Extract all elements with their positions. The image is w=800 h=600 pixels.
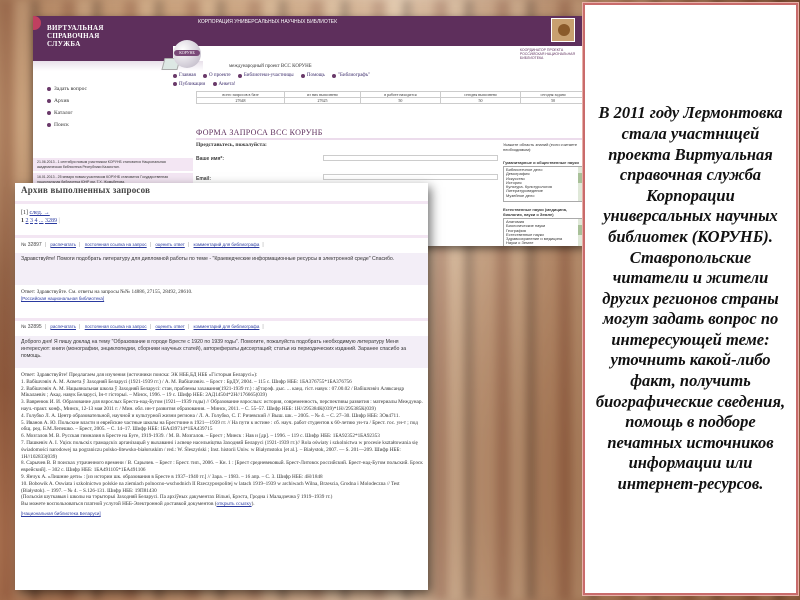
sidebar-menu: Задать вопрос Архив Каталог Поиск xyxy=(47,86,87,134)
delivery-line: Вы можете воспользоваться платной услуго… xyxy=(21,501,423,508)
form-intro: Представьтесь, пожалуйста: xyxy=(196,142,267,148)
rnl-emblem-icon[interactable] xyxy=(551,18,575,42)
sidebar-item-label: Поиск xyxy=(54,122,69,128)
answer-line: 2. Вабішчэвіч А. М. Нацыянальная школа ў… xyxy=(21,386,423,400)
bullet-icon xyxy=(47,123,51,127)
sidebar-item-search[interactable]: Поиск xyxy=(47,122,87,128)
bullet-icon xyxy=(47,99,51,103)
print-link[interactable]: распечатать xyxy=(50,242,76,247)
nav-survey[interactable]: Анкета! xyxy=(213,81,236,88)
pager-current: [1] xyxy=(21,210,28,216)
divider xyxy=(15,201,428,204)
permalink-link[interactable]: постоянная ссылка на запрос xyxy=(85,242,147,247)
logo-text: ВИРТУАЛЬНАЯ СПРАВОЧНАЯ СЛУЖБА xyxy=(47,24,104,48)
nav-publications[interactable]: Публикации xyxy=(173,81,205,88)
top-nav: Главная О проекте Библиотеки-участницы П… xyxy=(173,72,573,89)
sidebar-item-label: Задать вопрос xyxy=(54,86,87,92)
stats-value: 50 xyxy=(521,98,583,104)
request-number: № 32897 xyxy=(21,242,42,248)
request-answer: Ответ: Здравствуйте! Предлагаем для изуч… xyxy=(21,372,423,518)
answer-line: 5. Иванов А. Ю. Польские власти и еврейс… xyxy=(21,420,423,434)
request-question: Доброго дня! Я пишу доклад на тему "Обра… xyxy=(15,336,428,368)
humanities-listbox[interactable]: Библиотечное дело Демография Искусство И… xyxy=(503,166,583,202)
page-current: 1 xyxy=(21,218,24,224)
listbox-scrollbar[interactable] xyxy=(578,219,582,246)
caption-text: В 2011 году Лермонтовка стала участницей… xyxy=(595,103,786,494)
form-title: ФОРМА ЗАПРОСА ВСС КОРУНБ xyxy=(196,128,323,137)
news-item: 21.06.2013 - 1 сентября новым участником… xyxy=(33,158,193,171)
stats-value: 27648 xyxy=(197,98,285,104)
request-toolbar: № 32897| распечатать| постоянная ссылка … xyxy=(21,242,267,248)
nav-libraries[interactable]: Библиотеки-участницы xyxy=(238,72,294,79)
open-link[interactable]: открыть ссылку xyxy=(217,501,252,507)
comment-link[interactable]: комментарий для библиографа xyxy=(194,324,260,329)
sidebar-item-ask[interactable]: Задать вопрос xyxy=(47,86,87,92)
pager-next-link[interactable]: след. → xyxy=(30,210,50,216)
coordinator-text[interactable]: КООРДИНАТОР ПРОЕКТА РОССИЙСКАЯ НАЦИОНАЛЬ… xyxy=(520,48,575,60)
area-prompt: Укажите область знаний (если считаете не… xyxy=(503,142,583,152)
nav-home[interactable]: Главная xyxy=(173,72,196,79)
stats-table: всего запросов в базе из них выполнено в… xyxy=(196,91,583,104)
divider xyxy=(15,318,428,321)
answer-line: Ответ: Здравствуйте! Предлагаем для изуч… xyxy=(21,372,423,379)
name-label: Ваше имя*: xyxy=(196,156,224,162)
listbox-scrollbar[interactable] xyxy=(578,167,582,201)
answer-line: 10. Bobowik A. Oswiata i szkolnictwo pol… xyxy=(21,481,423,495)
print-link[interactable]: распечатать xyxy=(50,324,76,329)
vss-logo: ВИРТУАЛЬНАЯ СПРАВОЧНАЯ СЛУЖБА xyxy=(33,16,173,61)
answer-line: 4. Голубко Л. А. Центр образовательной, … xyxy=(21,413,423,420)
pager-top: [1] след. → xyxy=(21,210,50,216)
answer-line: 3. Вавренюк И. И. Образование для взросл… xyxy=(21,399,423,413)
sidebar-item-label: Каталог xyxy=(54,110,73,116)
answer-line: 8. Сарычев В. В поисках утраченного врем… xyxy=(21,460,423,474)
comment-link[interactable]: комментарий для библиографа xyxy=(194,242,260,247)
page-link[interactable]: 3 xyxy=(30,218,33,224)
group-title: Гуманитарные и общественные науки xyxy=(503,160,583,165)
email-field[interactable] xyxy=(323,174,498,180)
rate-answer-link[interactable]: оценить ответ xyxy=(155,324,184,329)
list-option[interactable]: Музейное дело xyxy=(506,194,580,198)
pager-pages: 1 2 3 4 ... 3289 | xyxy=(21,218,60,224)
group-title: Естественные науки (медицина, биология, … xyxy=(503,207,583,217)
permalink-link[interactable]: постоянная ссылка на запрос xyxy=(85,324,147,329)
library-link[interactable]: [Национальная библиотека Беларуси] xyxy=(21,511,423,518)
nav-help[interactable]: Помощь xyxy=(301,72,325,79)
sidebar-item-label: Архив xyxy=(54,98,69,104)
answer-text: Ответ: Здравствуйте. См. ответы на запро… xyxy=(21,289,423,296)
sidebar-item-catalog[interactable]: Каталог xyxy=(47,110,87,116)
rate-answer-link[interactable]: оценить ответ xyxy=(155,242,184,247)
delivery-text: Вы можете воспользоваться платной услуго… xyxy=(21,501,217,507)
name-field[interactable] xyxy=(323,155,498,161)
korunb-badge: КОРУНБ xyxy=(174,50,200,56)
bullet-icon xyxy=(47,111,51,115)
page-link[interactable]: 2 xyxy=(26,218,29,224)
nav-about[interactable]: О проекте xyxy=(203,72,231,79)
divider xyxy=(15,235,428,238)
archive-title: Архив выполненных запросов xyxy=(21,185,150,195)
request-answer: Ответ: Здравствуйте. См. ответы на запро… xyxy=(21,289,423,303)
logo-dot-icon xyxy=(33,16,41,30)
delivery-end: ). xyxy=(252,501,255,507)
stats-value: 50 xyxy=(440,98,520,104)
site-header: КОРПОРАЦИЯ УНИВЕРСАЛЬНЫХ НАУЧНЫХ БИБЛИОТ… xyxy=(173,16,583,46)
project-subtitle: международный проект ВСС КОРУНБ xyxy=(229,64,312,69)
stats-value-row: 27648 27625 50 50 50 xyxy=(197,98,584,104)
bullet-icon xyxy=(47,87,51,91)
answer-line: 7. Пашкевіч А. І. Уціск польскіх грамадс… xyxy=(21,440,423,460)
email-label: Email: xyxy=(196,176,211,182)
stats-value: 50 xyxy=(361,98,441,104)
request-number: № 32895 xyxy=(21,324,42,330)
nav-bibliograf[interactable]: "Библиографъ" xyxy=(332,72,370,79)
answer-line: 6. Мозгалов М. В. Русская гимназия в Бре… xyxy=(21,433,423,440)
page-ellipsis[interactable]: ... xyxy=(39,218,44,224)
caption-card: В 2011 году Лермонтовка стала участницей… xyxy=(583,3,798,595)
header-title: КОРПОРАЦИЯ УНИВЕРСАЛЬНЫХ НАУЧНЫХ БИБЛИОТ… xyxy=(198,19,337,25)
natural-sciences-listbox[interactable]: Анатомия Биологические науки География Е… xyxy=(503,218,583,246)
knowledge-area-panel: Укажите область знаний (если считаете не… xyxy=(503,142,583,246)
library-link[interactable]: [Российская национальная библиотека] xyxy=(21,296,423,303)
archive-screenshot: Архив выполненных запросов [1] след. → 1… xyxy=(15,183,428,590)
stats-value: 27625 xyxy=(284,98,360,104)
form-divider xyxy=(196,138,583,140)
request-toolbar: № 32895| распечатать| постоянная ссылка … xyxy=(21,324,267,330)
page-link[interactable]: 4 xyxy=(35,218,38,224)
answer-line: 1. Вабішчэвіч А. М. Асвета ў Заходняй Бе… xyxy=(21,379,423,386)
page-last-link[interactable]: 3289 xyxy=(45,218,57,224)
answer-line: 9. Янчук А. «Лишние дети» : [из истории … xyxy=(21,474,423,481)
request-question: Здравствуйте! Помоги подобрать литератур… xyxy=(15,253,428,285)
sidebar-item-archive[interactable]: Архив xyxy=(47,98,87,104)
